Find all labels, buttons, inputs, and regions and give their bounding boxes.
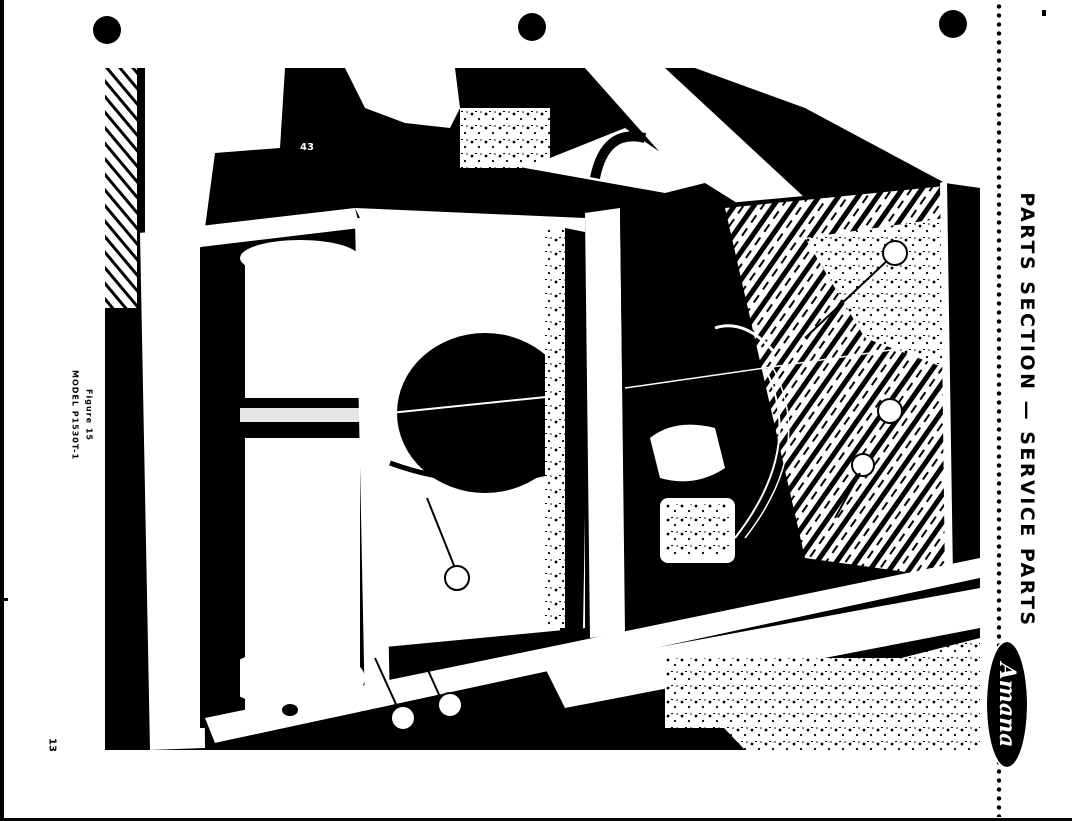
binder-hole-icon — [939, 10, 967, 38]
figure-caption: Figure 15 MODEL P1530T-1 — [62, 355, 102, 475]
svg-text:43: 43 — [300, 142, 314, 153]
amana-logo-text: Amana — [994, 662, 1020, 747]
chassis-photograph: 43 — [105, 68, 980, 750]
section-title-text: PARTS SECTION — SERVICE PARTS — [1016, 192, 1038, 627]
amana-logo: Amana — [985, 640, 1029, 769]
page-left-edge — [0, 0, 4, 821]
registration-mark — [0, 598, 8, 601]
binder-hole-icon — [518, 13, 546, 41]
page-number-text: 13 — [47, 738, 58, 752]
registration-mark — [1042, 10, 1046, 16]
figure-model: MODEL P1530T-1 — [71, 370, 80, 460]
figure-title: Figure 15 — [85, 389, 94, 441]
page-number: 13 — [42, 735, 62, 755]
section-title: PARTS SECTION — SERVICE PARTS — [1012, 225, 1042, 595]
binder-hole-icon — [93, 16, 121, 44]
